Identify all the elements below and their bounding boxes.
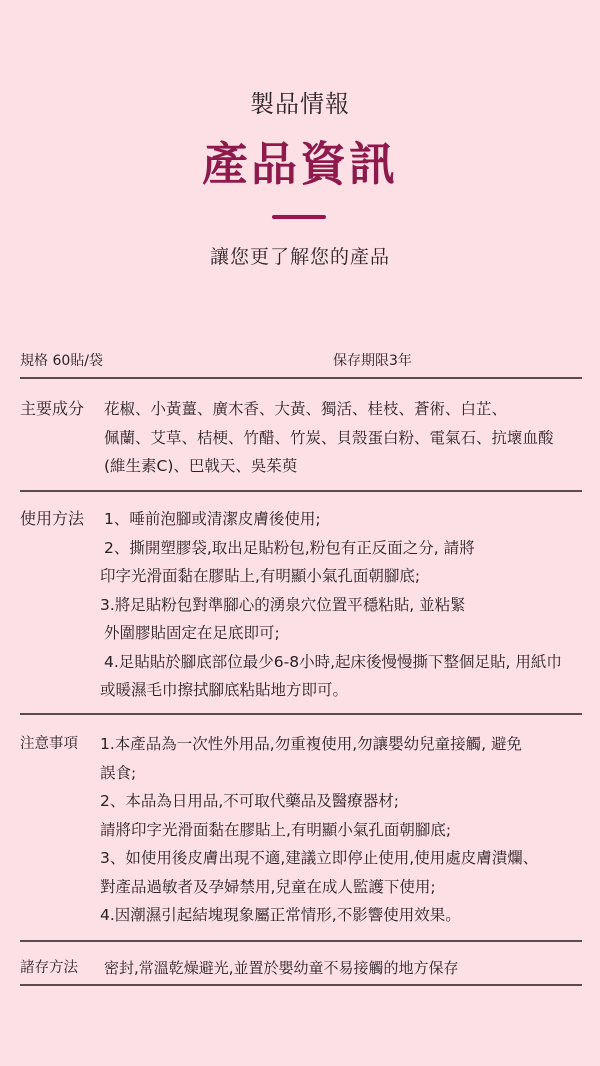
text-line: 2、撕開塑膠袋,取出足貼粉包,粉包有正反面之分, 請將 [104,534,562,563]
text-line: 3、如使用後皮膚出現不適,建議立即停止使用,使用處皮膚潰爛、 [100,844,538,873]
section-label: 主要成分 [20,395,84,424]
text-line: 4.因潮濕引起結塊現象屬正常情形,不影響使用效果。 [100,901,538,930]
text-line: 佩蘭、艾草、桔梗、竹醋、竹炭、貝殼蛋白粉、電氣石、抗壞血酸 [104,424,554,453]
text-line: 印字光滑面黏在膠貼上,有明顯小氣孔面朝腳底; [100,562,562,591]
text-line: 外圍膠貼固定在足底即可; [104,619,562,648]
section-label: 使用方法 [20,505,84,534]
section-body: 1、唾前泡腳或清潔皮膚後使用; 2、撕開塑膠袋,取出足貼粉包,粉包有正反面之分,… [100,505,562,705]
text-line: 密封,常溫乾燥避光,並置於嬰幼童不易接觸的地方保存 [104,954,459,983]
subtitle-top: 製品情報 [0,84,600,119]
text-line: 誤食; [100,759,538,788]
text-line: (維生素C)、巴戟天、吳茱萸 [104,452,554,481]
divider [20,490,582,492]
text-line: 4.足貼貼於腳底部位最少6-8小時,起床後慢慢撕下整個足貼, 用紙巾 [104,648,562,677]
text-line: 對產品過敏者及孕婦禁用,兒童在成人監護下使用; [100,873,538,902]
section-label: 注意事項 [20,730,78,759]
divider [20,377,582,379]
spec-size: 規格 60貼/袋 [20,350,103,370]
section-label: 諸存方法 [20,954,78,983]
page-title: 產品資訊 [0,128,600,194]
section-body: 花椒、小黃薑、廣木香、大黃、獨活、桂枝、蒼術、白芷、 佩蘭、艾草、桔梗、竹醋、竹… [104,395,554,481]
section-body: 密封,常溫乾燥避光,並置於嬰幼童不易接觸的地方保存 [104,954,459,983]
text-line: 3.將足貼粉包對準腳心的湧泉穴位置平穩粘貼, 並粘緊 [100,591,562,620]
text-line: 1、唾前泡腳或清潔皮膚後使用; [104,505,562,534]
text-line: 或暖濕毛巾擦拭腳底粘貼地方即可。 [100,676,562,705]
tagline: 讓您更了解您的產品 [0,242,600,269]
text-line: 1.本產品為一次性外用品,勿重複使用,勿讓嬰幼兒童接觸, 避免 [100,730,538,759]
divider [20,940,582,942]
text-line: 2、本品為日用品,不可取代藥品及醫療器材; [100,787,538,816]
divider [20,713,582,715]
text-line: 請將印字光滑面黏在膠貼上,有明顯小氣孔面朝腳底; [100,816,538,845]
divider [20,984,582,986]
accent-divider [272,215,326,219]
text-line: 花椒、小黃薑、廣木香、大黃、獨活、桂枝、蒼術、白芷、 [104,395,554,424]
spec-shelf-life: 保存期限3年 [333,350,412,370]
section-body: 1.本產品為一次性外用品,勿重複使用,勿讓嬰幼兒童接觸, 避免 誤食; 2、本品… [100,730,538,930]
